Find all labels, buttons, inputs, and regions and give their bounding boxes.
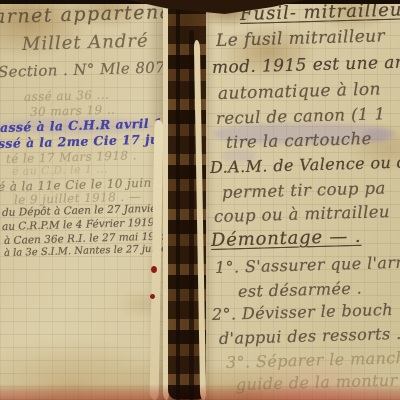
handwritten-line: 2°. Dévisser le bouch — [212, 300, 393, 324]
handwritten-line: mod. 1915 est une ar — [212, 53, 400, 78]
handwritten-line: tire la cartouche — [226, 129, 372, 152]
handwritten-line: automatique à lon — [218, 79, 381, 104]
notebook-photo: arnet appartenan Millet André Section . … — [0, 0, 400, 400]
section-heading: Démontage — . — [211, 226, 362, 251]
pink-page-edge — [0, 384, 400, 400]
red-wax-spot — [151, 266, 157, 273]
handwritten-line: 1°. S'assurer que l'arm — [215, 253, 400, 277]
handwritten-line: d'appui des ressorts . — [219, 324, 400, 348]
binding-streak — [176, 0, 180, 400]
owner-name: Millet André — [22, 30, 149, 55]
handwritten-line: coup ou à mitrailleu — [214, 202, 390, 226]
red-wax-spot — [150, 294, 155, 299]
handwritten-line: 3°. Séparer le manch — [226, 348, 400, 372]
handwritten-line: permet tir coup pa — [222, 178, 386, 202]
handwritten-line: é au C.D. le 1 ... — [12, 162, 108, 178]
binding-streak — [189, 30, 194, 400]
handwritten-line: assé au 36 ... — [24, 88, 110, 104]
handwritten-line: Le fusil mitrailleur — [216, 26, 386, 51]
handwritten-line: est désarmée . — [238, 279, 363, 301]
